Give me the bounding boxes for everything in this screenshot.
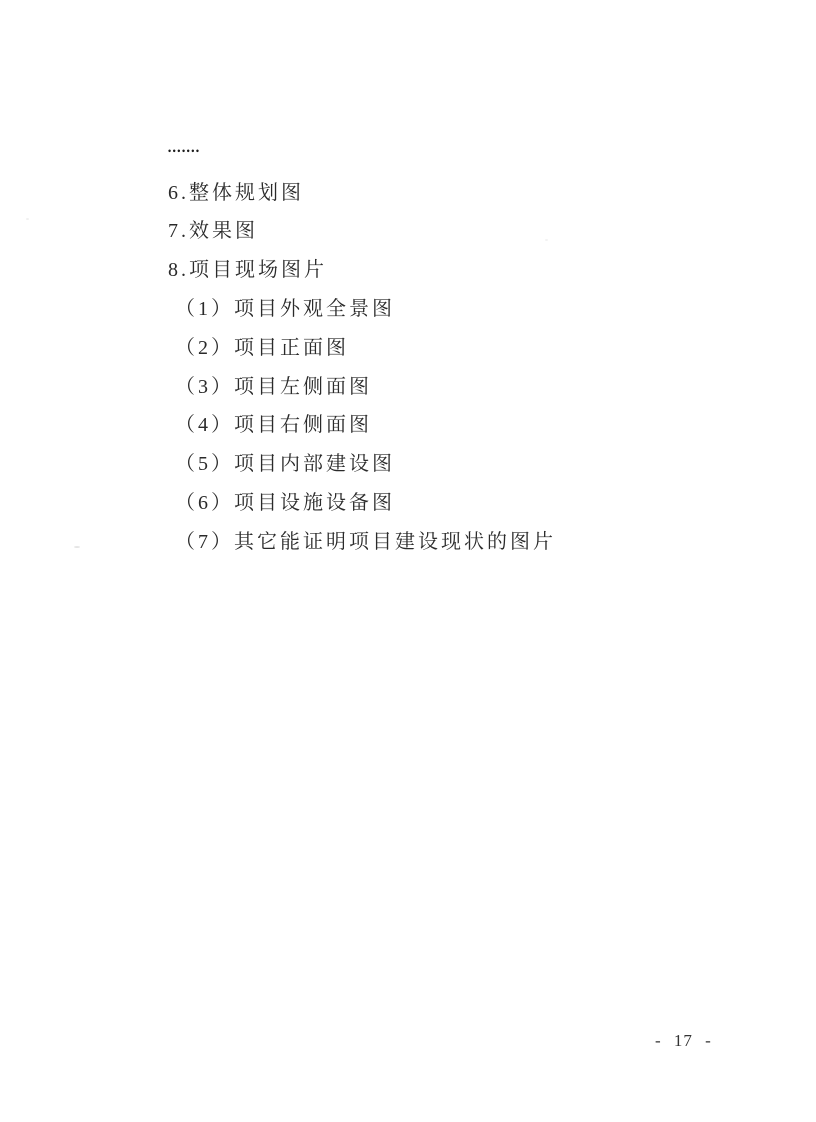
- scan-artifact: [545, 239, 548, 241]
- sub-item-7: （7）其它能证明项目建设现状的图片: [168, 520, 556, 559]
- document-page: ••••••• 6.整体规划图 7.效果图 8.项目现场图片 （1）项目外观全景…: [0, 0, 816, 1122]
- sub-item-1: （1）项目外观全景图: [168, 287, 556, 326]
- list-block: ••••••• 6.整体规划图 7.效果图 8.项目现场图片 （1）项目外观全景…: [168, 132, 556, 559]
- sub-item-2: （2）项目正面图: [168, 326, 556, 365]
- page-number: - 17 -: [655, 1031, 712, 1051]
- sub-item-6: （6）项目设施设备图: [168, 481, 556, 520]
- list-item-6: 6.整体规划图: [168, 171, 556, 210]
- list-item-8: 8.项目现场图片: [168, 248, 556, 287]
- scan-artifact: [26, 218, 29, 220]
- sub-item-5: （5）项目内部建设图: [168, 442, 556, 481]
- sub-item-3: （3）项目左侧面图: [168, 365, 556, 404]
- list-item-7: 7.效果图: [168, 210, 556, 249]
- scan-artifact: [74, 546, 80, 548]
- ellipsis-line: •••••••: [168, 132, 556, 171]
- sub-item-4: （4）项目右侧面图: [168, 404, 556, 443]
